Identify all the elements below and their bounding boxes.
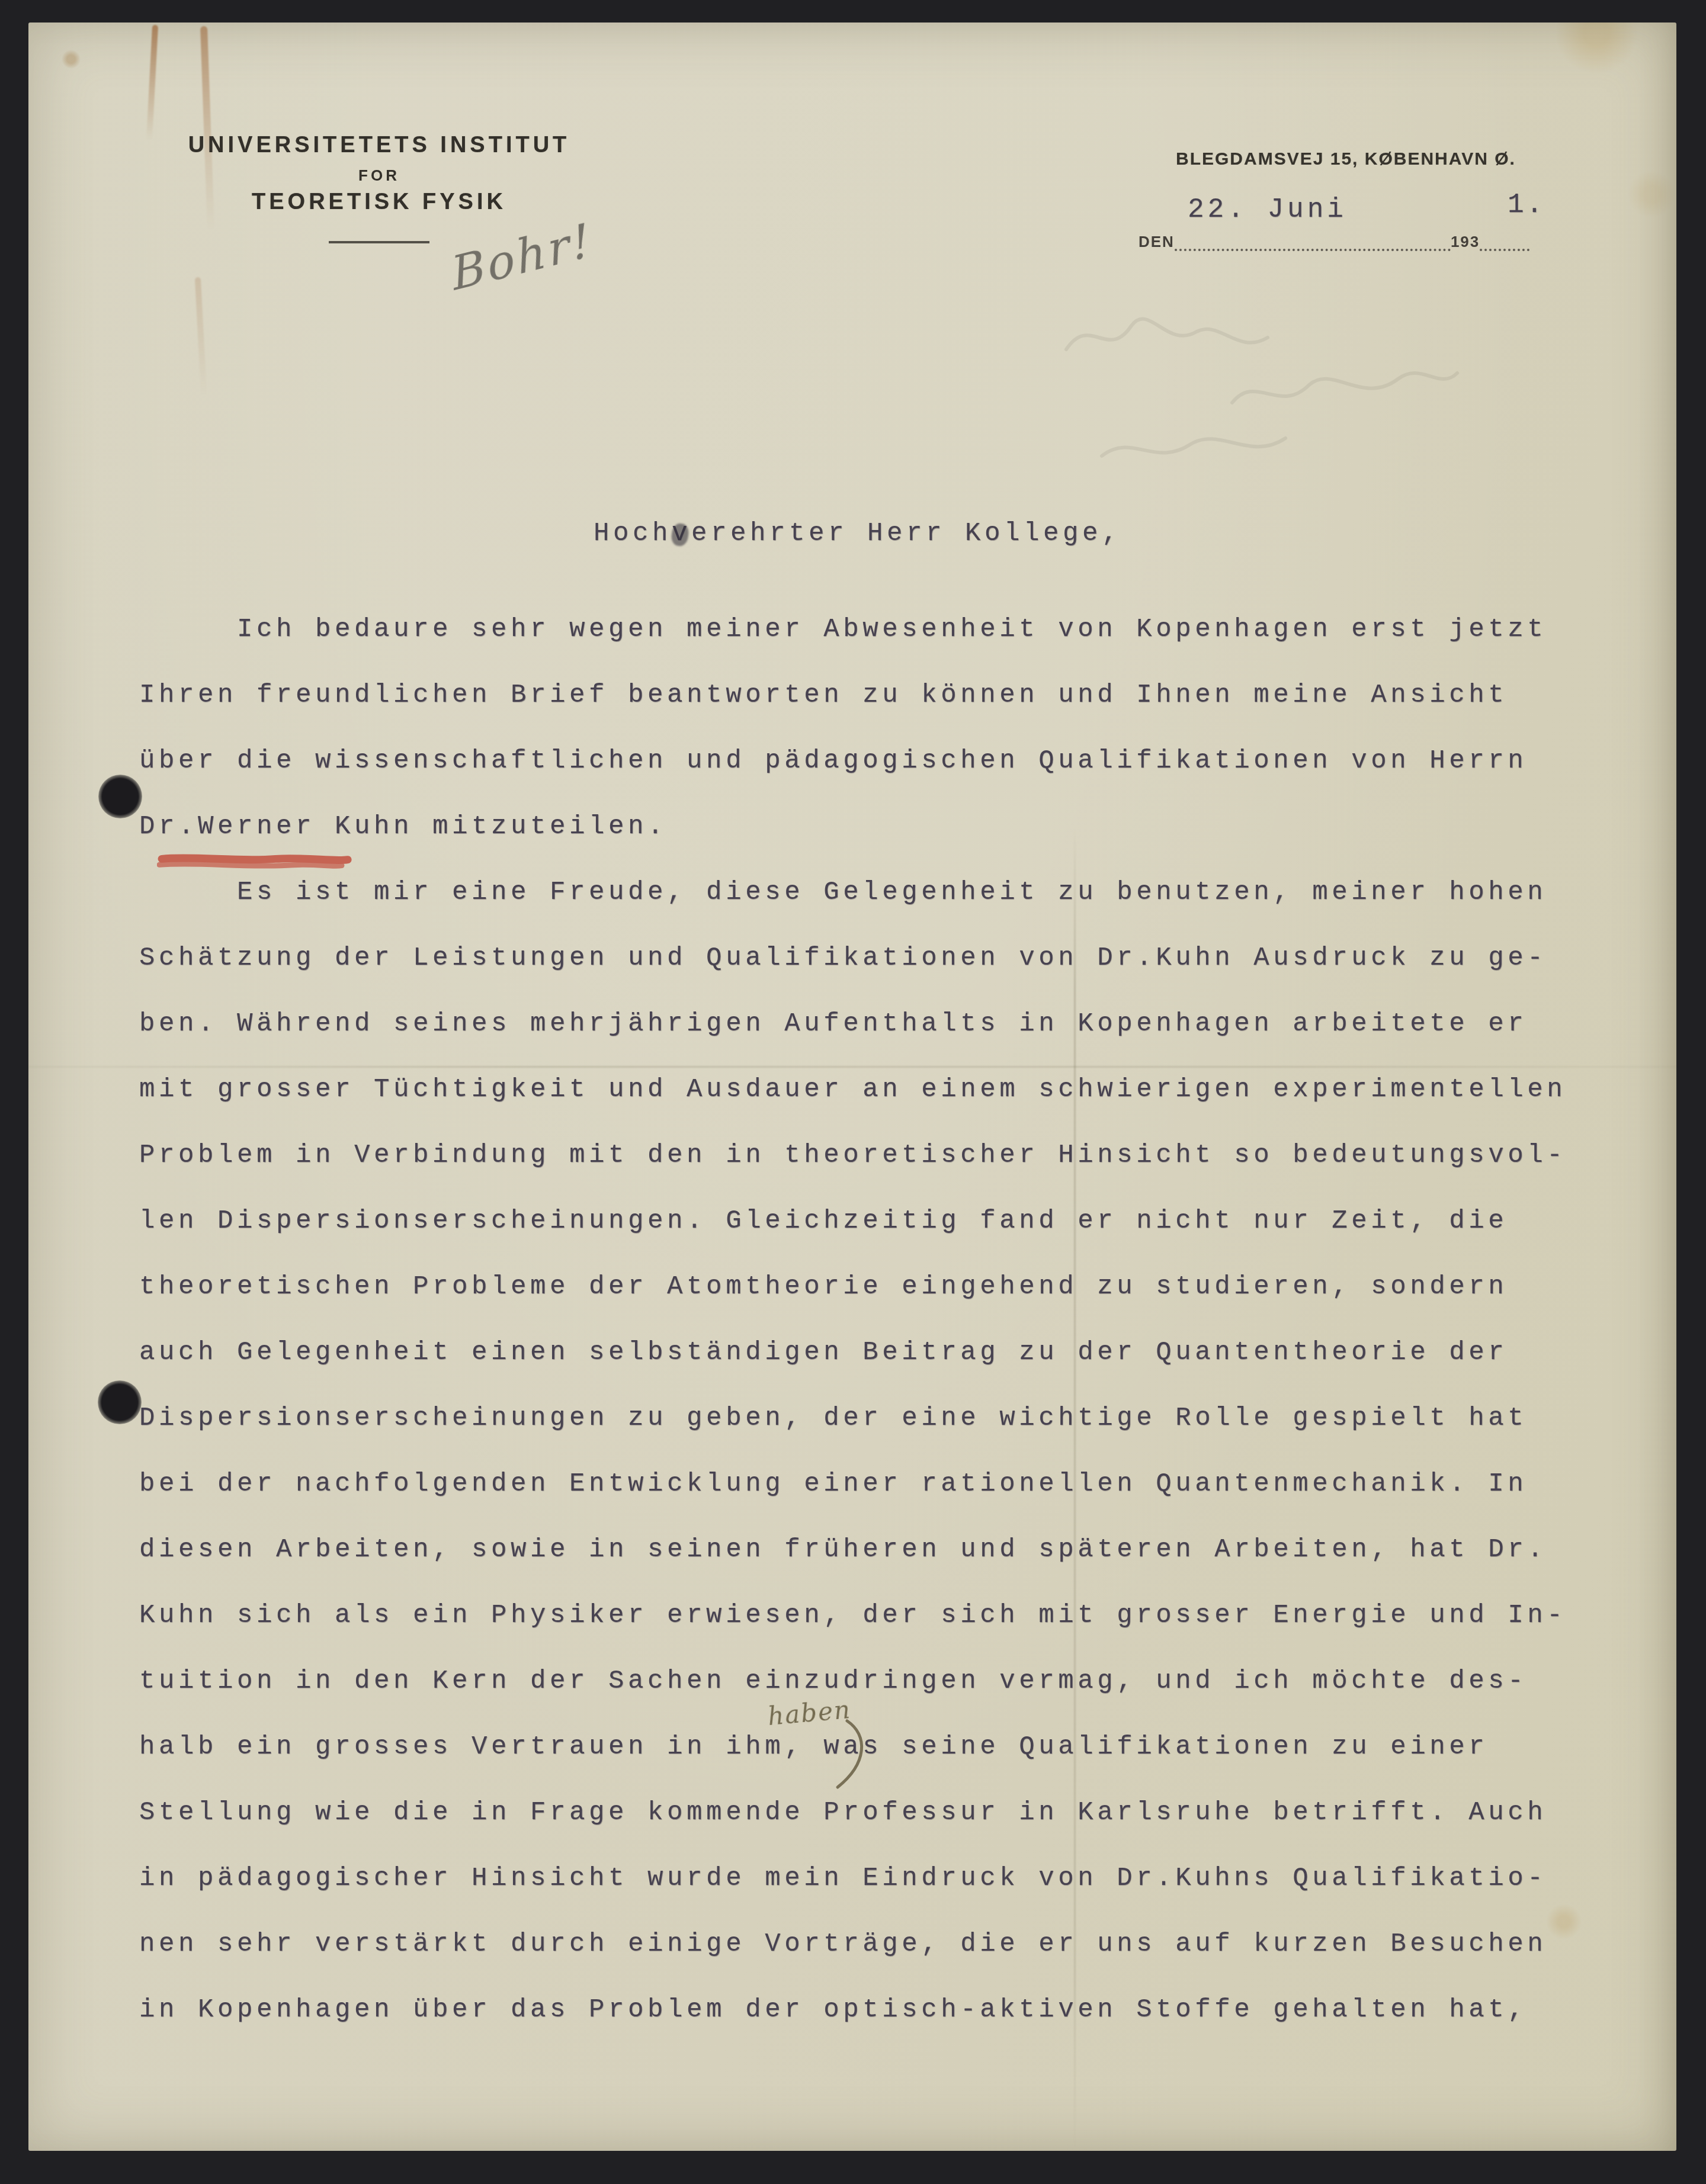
letter-body: Ich bedaure sehr wegen meiner Abwesenhei… xyxy=(139,597,1566,2043)
letterhead-rule xyxy=(329,241,429,243)
letter-line: len Dispersionserscheinungen. Gleichzeit… xyxy=(139,1189,1566,1254)
letter-line: über die wissenschaftlichen und pädagogi… xyxy=(139,728,1566,794)
rust-streak xyxy=(195,277,207,396)
letter-line: tuition in den Kern der Sachen einzudrin… xyxy=(139,1649,1566,1714)
letter-line: auch Gelegenheit einen selbständigen Bei… xyxy=(139,1320,1566,1386)
letterhead-institute: UNIVERSITETETS INSTITUT xyxy=(142,133,616,158)
dateline: DEN 193 xyxy=(1139,231,1547,251)
scan-background: UNIVERSITETETS INSTITUT FOR TEORETISK FY… xyxy=(0,0,1706,2184)
punch-hole xyxy=(98,1380,142,1424)
dateline-prefix: DEN xyxy=(1139,233,1175,251)
typed-date: 22. Juni xyxy=(1188,194,1347,225)
letter-line: Dispersionserscheinungen zu geben, der e… xyxy=(139,1386,1566,1451)
letter-line: Kuhn sich als ein Physiker erwiesen, der… xyxy=(139,1583,1566,1649)
letter-line: diesen Arbeiten, sowie in seinen frühere… xyxy=(139,1517,1566,1583)
letter-line: in Kopenhagen über das Problem der optis… xyxy=(139,1977,1566,2043)
erased-pencil-marks xyxy=(1054,278,1469,515)
letter-line: theoretischen Probleme der Atomtheorie e… xyxy=(139,1254,1566,1320)
letter-line: Problem in Verbindung mit den in theoret… xyxy=(139,1123,1566,1189)
red-underline-mark xyxy=(157,849,352,875)
address-line: BLEGDAMSVEJ 15, KØBENHAVN Ø. xyxy=(1176,149,1516,169)
letter-line: Es ist mir eine Freude, diese Gelegenhei… xyxy=(139,860,1566,926)
letter-page: UNIVERSITETETS INSTITUT FOR TEORETISK FY… xyxy=(28,23,1676,2151)
letter-line: in pädagogischer Hinsicht wurde mein Ein… xyxy=(139,1846,1566,1912)
letter-line: Schätzung der Leistungen und Qualifikati… xyxy=(139,926,1566,991)
rust-streak xyxy=(146,25,158,140)
dateline-dots xyxy=(1175,231,1451,251)
typed-year-digit: 1. xyxy=(1508,190,1545,220)
letter-line: Dr.Werner Kuhn mitzuteilen. xyxy=(139,794,1566,860)
dateline-dots xyxy=(1480,231,1529,251)
letterhead-for: FOR xyxy=(142,166,616,185)
punch-hole xyxy=(98,775,142,818)
letter-line: nen sehr verstärkt durch einige Vorträge… xyxy=(139,1912,1566,1977)
letter-line: Ihren freundlichen Brief beantworten zu … xyxy=(139,663,1566,728)
letterhead-field: TEORETISK FYSIK xyxy=(142,190,616,215)
letter-line: bei der nachfolgenden Entwicklung einer … xyxy=(139,1451,1566,1517)
letter-line: mit grosser Tüchtigkeit und Ausdauer an … xyxy=(139,1057,1566,1123)
letter-line: ben. Während seines mehrjährigen Aufenth… xyxy=(139,991,1566,1057)
dateline-printed-year: 193 xyxy=(1451,233,1480,251)
letter-line: Ich bedaure sehr wegen meiner Abwesenhei… xyxy=(139,597,1566,663)
insertion-caret xyxy=(829,1717,883,1794)
